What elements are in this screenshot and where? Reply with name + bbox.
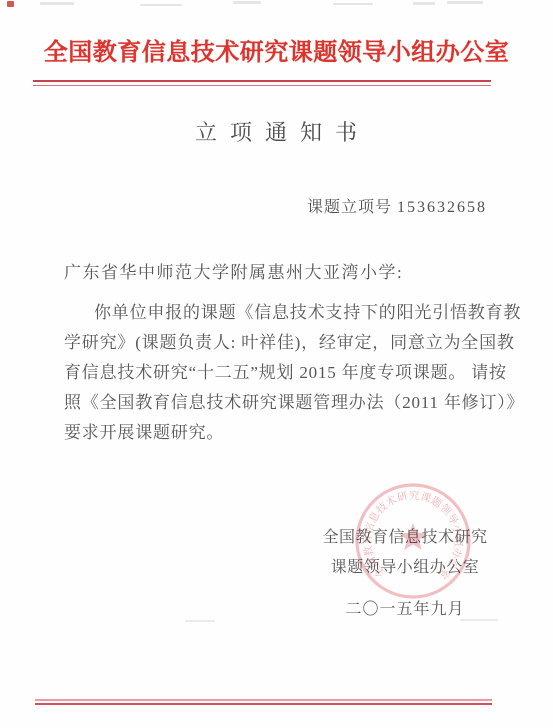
scan-artifact — [40, 2, 74, 5]
project-number-value: 153632658 — [397, 199, 487, 216]
signature-block: 全国教育信息技术研究 课题领导小组办公室 二〇一五年九月 — [300, 523, 510, 625]
scan-artifact-red-speck — [7, 1, 14, 7]
scan-artifact — [185, 620, 215, 622]
scan-artifact — [413, 2, 435, 5]
body-line: 照《全国教育信息技术研究课题管理办法（2011 年修订）》 — [64, 388, 496, 418]
scan-artifact — [447, 1, 483, 4]
signature-line-1: 全国教育信息技术研究 — [300, 523, 510, 553]
scan-artifact — [333, 3, 373, 5]
project-number-label: 课题立项号 — [307, 199, 392, 216]
document-page: 全国教育信息技术研究课题领导小组办公室 立项通知书 课题立项号 15363265… — [0, 0, 553, 728]
body-line: 育信息技术研究“十二五”规划 2015 年度专项课题。 请按 — [64, 358, 496, 388]
body-line: 学研究》(课题负责人: 叶祥佳)，经审定，同意立为全国教 — [64, 328, 496, 358]
addressee-line: 广东省华中师范大学附属惠州大亚湾小学: — [64, 258, 403, 283]
signature-line-2: 课题领导小组办公室 — [300, 553, 510, 583]
document-title: 立项通知书 — [0, 116, 553, 147]
scan-artifact — [140, 4, 182, 6]
body-paragraph: 你单位申报的课题《信息技术支持下的阳光引悟教育教 学研究》(课题负责人: 叶祥佳… — [64, 298, 496, 448]
letterhead-org-name: 全国教育信息技术研究课题领导小组办公室 — [20, 32, 533, 67]
letterhead-double-rule — [33, 80, 491, 86]
body-line: 你单位申报的课题《信息技术支持下的阳光引悟教育教 — [64, 298, 496, 328]
footer-rule — [35, 699, 492, 705]
scan-artifact — [233, 1, 261, 4]
project-number-line: 课题立项号 153632658 — [307, 194, 487, 217]
signature-date: 二〇一五年九月 — [300, 595, 510, 625]
body-line: 要求开展课题研究。 — [64, 418, 496, 448]
